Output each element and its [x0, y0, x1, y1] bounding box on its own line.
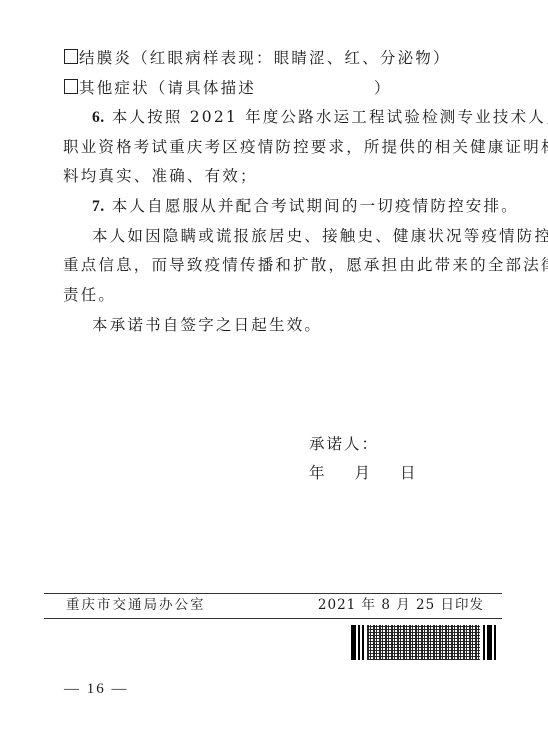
document-page: 结膜炎（红眼病样表现：眼睛涩、红、分泌物） 其他症状（请具体描述） 6. 本人按…: [0, 0, 548, 752]
footer-bottom-rule: [44, 618, 502, 619]
symptom-conjunctivitis: 结膜炎（红眼病样表现：眼睛涩、红、分泌物）: [64, 48, 451, 68]
symptom-other: 其他症状（请具体描述）: [64, 78, 392, 98]
effective-statement: 本承诺书自签字之日起生效。: [92, 315, 322, 335]
issue-date: 2021 年 8 月 25 日印发: [318, 596, 484, 614]
barcode-icon: [351, 625, 496, 660]
symptom-label: 其他症状（请具体描述: [79, 79, 256, 97]
footer-top-rule: [44, 593, 502, 594]
item-number: 6.: [92, 109, 105, 126]
signature-date: 年月日: [309, 463, 418, 483]
symptom-label: 结膜炎（红眼病样表现：眼睛涩、红、分泌物）: [79, 49, 451, 67]
close-paren: ）: [374, 79, 392, 97]
checkbox-icon[interactable]: [64, 79, 78, 94]
year-label: 年: [309, 464, 327, 482]
liability-line-3: 责任。: [63, 285, 116, 305]
commitment-6-line-3: 料均真实、准确、有效；: [63, 166, 258, 186]
page-number: — 16 —: [64, 681, 129, 698]
item-number: 7.: [92, 198, 105, 215]
month-label: 月: [355, 464, 373, 482]
signer-label: 承诺人：: [309, 434, 379, 454]
commitment-7: 7. 本人自愿服从并配合考试期间的一切疫情防控安排。: [92, 196, 519, 217]
commitment-6-line-2: 职业资格考试重庆考区疫情防控要求，所提供的相关健康证明材: [63, 137, 548, 157]
liability-line-2: 重点信息，而导致疫情传播和扩散，愿承担由此带来的全部法律: [63, 255, 548, 275]
commitment-text: 本人按照 2021 年度公路水运工程试验检测专业技术人员: [112, 108, 548, 126]
liability-line-1: 本人如因隐瞒或谎报旅居史、接触史、健康状况等疫情防控: [92, 226, 548, 246]
commitment-6-line-1: 6. 本人按照 2021 年度公路水运工程试验检测专业技术人员: [92, 107, 548, 128]
issuer-name: 重庆市交通局办公室: [66, 596, 206, 614]
checkbox-icon[interactable]: [64, 49, 78, 64]
commitment-text: 本人自愿服从并配合考试期间的一切疫情防控安排。: [112, 197, 519, 215]
day-label: 日: [400, 464, 418, 482]
